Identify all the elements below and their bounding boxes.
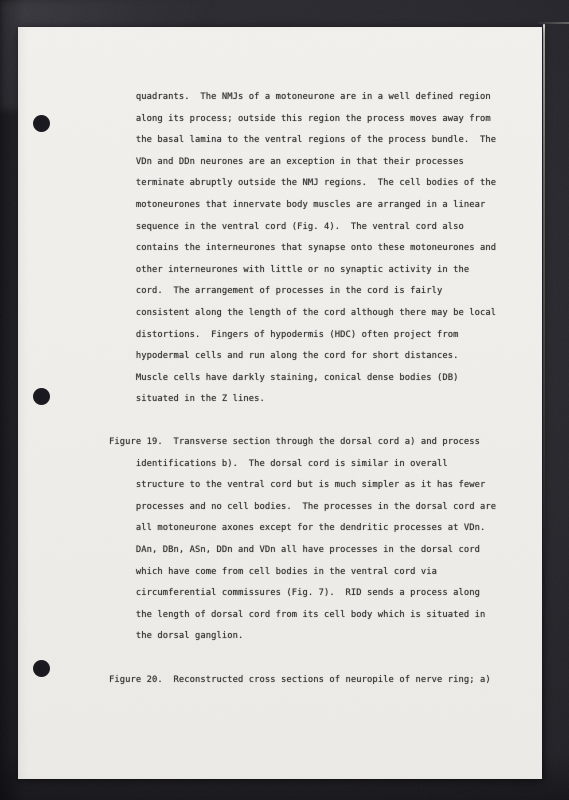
figure-19-caption: Figure 19. Transverse section through th… bbox=[109, 432, 496, 648]
hole-punch-middle bbox=[33, 388, 50, 405]
photo-backdrop: quadrants. The NMJs of a motoneurone are… bbox=[0, 0, 569, 800]
hole-punch-bottom bbox=[33, 660, 50, 677]
figure-20-caption: Figure 20. Reconstructed cross sections … bbox=[109, 670, 491, 692]
page-edge-sliver bbox=[543, 24, 545, 564]
body-paragraph: quadrants. The NMJs of a motoneurone are… bbox=[109, 87, 496, 411]
hole-punch-top bbox=[33, 115, 50, 132]
document-page: quadrants. The NMJs of a motoneurone are… bbox=[18, 27, 542, 779]
